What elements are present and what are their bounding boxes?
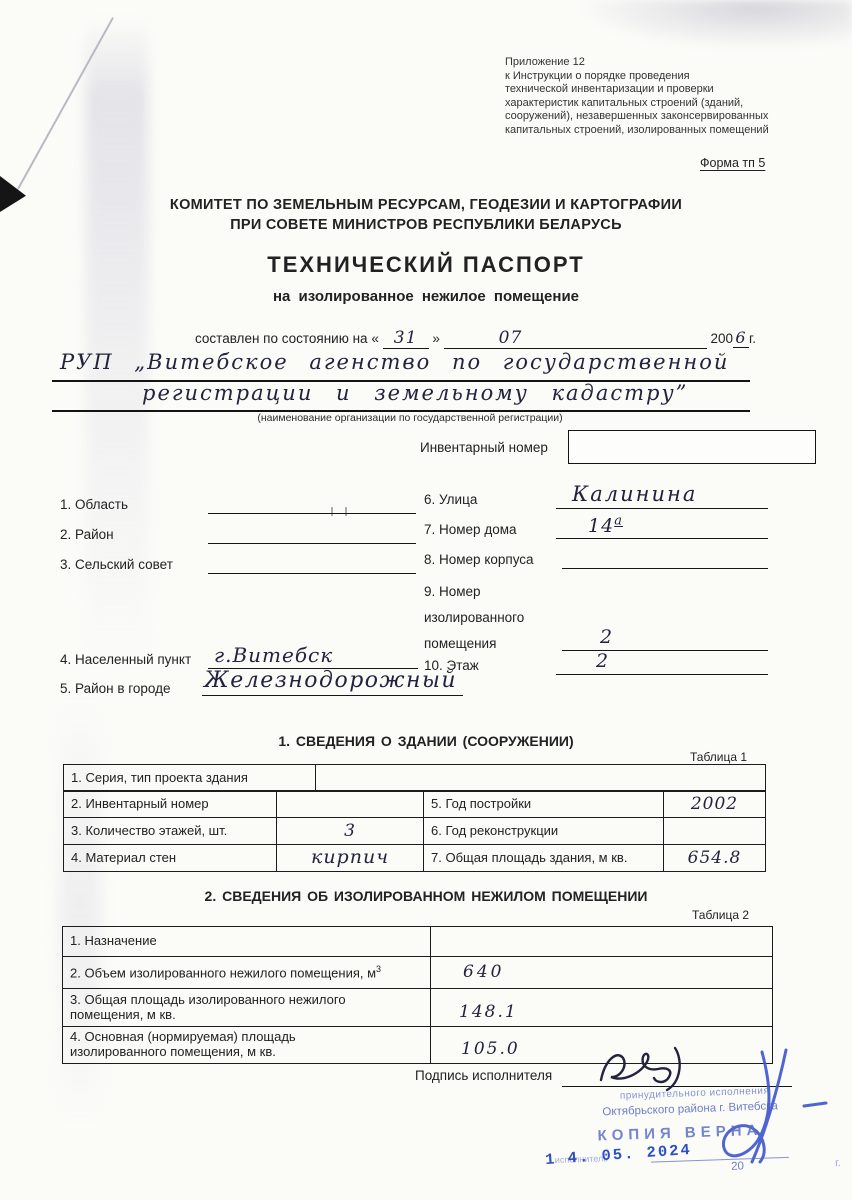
table-1-top: 1. Серия, тип проекта здания [63,764,766,792]
date-year-field: 6 [733,328,749,348]
field-selsovet-label: 3. Сельский совет [60,557,173,572]
date-year-value: 6 [735,328,746,347]
appendix-line: технической инвентаризации и проверки [505,83,825,97]
field-street-label: 6. Улица [424,492,477,507]
document-subtitle: на изолированное нежилое помещение [0,288,852,305]
cubic-meter-sup: 3 [376,964,381,974]
handwritten-org-name-1: РУП „Витебское агенство по государственн… [52,350,729,374]
date-line: составлен по состоянию на « 31 » 07 2006… [195,328,756,349]
date-month-value: 07 [499,328,523,348]
date-day-field: 31 [383,328,429,349]
year-printed: 200 [710,331,733,346]
field-building-number-label: 8. Номер корпуса [424,552,534,567]
field-oblast-label: 1. Область [60,497,128,512]
t2-main-area-label: 4. Основная (нормируемая) площадь изолир… [63,1027,431,1064]
appendix-line: Приложение 12 [505,56,825,70]
t2-total-area-label: 3. Общая площадь изолированного нежилого… [63,989,431,1027]
verification-stamp: принудительного исполнения Октябрьского … [536,1082,852,1185]
field-selsovet-line [208,557,416,574]
t1-year-built-value: 2002 [691,794,738,814]
table-1-main: 2. Инвентарный номер 5. Год постройки 20… [63,790,766,872]
section-2-title: 2. СВЕДЕНИЯ ОБ ИЗОЛИРОВАННОМ НЕЖИЛОМ ПОМ… [0,888,852,904]
t1-wall-material-value: кирпич [311,846,389,868]
t1-series-label: 1. Серия, тип проекта здания [64,765,316,792]
executor-signature-label: Подпись исполнителя [415,1068,552,1083]
field-premises-number-label-3: помещения [424,636,496,651]
t1-year-built-label: 5. Год постройки [424,791,664,818]
scan-smudge-top-right [582,0,852,48]
field-building-number-line [562,552,768,569]
t1-total-area-value: 654.8 [688,848,742,868]
field-settlement-line: г.Витебск [208,648,418,669]
field-house-number-line: 14а [556,518,768,539]
field-house-number-label: 7. Номер дома [424,522,517,537]
appendix-note: Приложение 12 к Инструкции о порядке про… [505,56,825,138]
field-floor-line: 2 [556,654,768,675]
org-header-line-2: ПРИ СОВЕТЕ МИНИСТРОВ РЕСПУБЛИКИ БЕЛАРУСЬ [0,217,852,233]
form-number-label: Форма тп 5 [700,156,765,170]
open-quote: « [371,331,379,346]
field-house-number-value: 14а [588,515,623,537]
document-title: ТЕХНИЧЕСКИЙ ПАСПОРТ [0,252,852,278]
field-city-district-label: 5. Район в городе [60,681,171,696]
inventory-number-box [568,430,816,464]
appendix-line: характеристик капитальных строений (здан… [505,97,825,111]
t1-wall-material-label: 4. Материал стен [64,845,277,872]
field-premises-number-label-2: изолированного [424,610,524,625]
org-header-line-1: КОМИТЕТ ПО ЗЕМЕЛЬНЫМ РЕСУРСАМ, ГЕОДЕЗИИ … [0,197,852,213]
t1-reconstruction-label: 6. Год реконструкции [424,818,664,845]
t2-purpose-label: 1. Назначение [63,927,431,957]
field-floor-label: 10. Этаж [424,658,479,673]
organization-caption: (наименование организации по государстве… [150,412,670,424]
field-raion-label: 2. Район [60,527,114,542]
organization-name-line-2: регистрации и земельному кадастру” [52,381,750,412]
field-premises-number-value: 2 [600,626,613,648]
field-street-value: Калинина [572,482,697,506]
year-unit: г. [749,331,756,346]
stamp-year-printed: 20 [731,1160,744,1172]
field-settlement-value: г.Витебск [214,643,333,667]
appendix-line: капитальных строений, изолированных поме… [505,124,825,138]
house-number-letter: а [614,514,623,529]
field-street-line: Калинина [556,486,768,509]
field-premises-number-label-1: 9. Номер [424,584,481,599]
t2-volume-value: 640 [463,962,504,982]
table-1-caption: Таблица 1 [690,750,747,764]
date-day-value: 31 [394,328,418,348]
inventory-number-label: Инвентарный номер [420,440,548,455]
t2-main-area-value: 105.0 [461,1039,520,1059]
handwritten-org-name-2: регистрации и земельному кадастру” [52,381,688,405]
appendix-line: сооружений), незавершенных законсервиров… [505,110,825,124]
organization-name-line-1: РУП „Витебское агенство по государственн… [52,350,750,382]
t1-floors-label: 3. Количество этажей, шт. [64,818,277,845]
field-raion-line [208,527,416,544]
t1-floors-value: 3 [344,821,356,841]
table-2-caption: Таблица 2 [692,908,749,922]
stamp-year-unit: г. [835,1157,841,1169]
field-premises-number-line: 2 [562,630,768,651]
appendix-line: к Инструкции о порядке проведения [505,70,825,84]
field-oblast-line [208,497,416,514]
table-1: 1. Серия, тип проекта здания 2. Инвентар… [63,764,766,872]
field-settlement-label: 4. Населенный пункт [60,652,191,667]
date-prefix: составлен по состоянию на [195,331,368,346]
t1-total-area-label: 7. Общая площадь здания, м кв. [424,845,664,872]
scanned-technical-passport-page: Приложение 12 к Инструкции о порядке про… [0,0,852,1200]
field-floor-value: 2 [596,650,609,672]
section-1-title: 1. СВЕДЕНИЯ О ЗДАНИИ (СООРУЖЕНИИ) [0,733,852,749]
t2-volume-label: 2. Объем изолированного нежилого помещен… [63,957,431,989]
t1-inventory-label: 2. Инвентарный номер [64,791,277,818]
scan-smudge-left [86,20,148,670]
date-month-field: 07 [444,328,707,349]
close-quote: » [432,331,440,346]
t2-total-area-value: 148.1 [459,1002,518,1022]
